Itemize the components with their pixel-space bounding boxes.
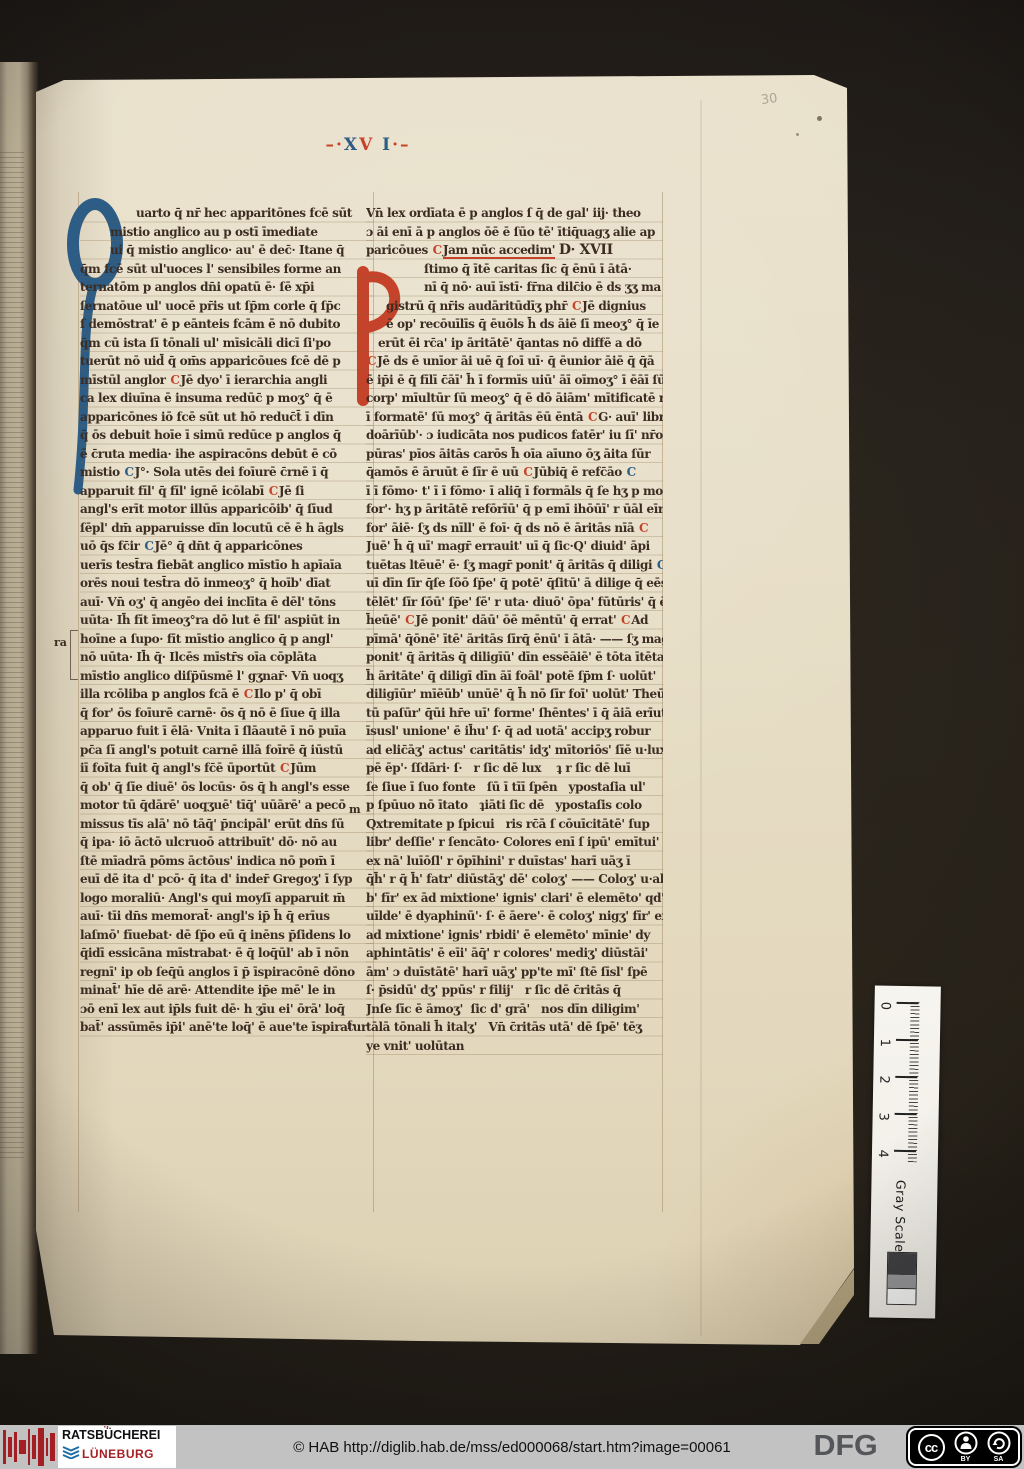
- cc-by-item: BY: [954, 1431, 978, 1463]
- footer-banner: RATSBÜCHEREI ¨ LÜNEBURG © HAB http://dig…: [0, 1425, 1024, 1469]
- cc-icon: cc: [918, 1434, 945, 1461]
- photo-vignette: [0, 0, 1024, 1425]
- cc-sa-item: SA: [987, 1431, 1011, 1463]
- cc-by-sa-badge[interactable]: cc BY SA: [908, 1428, 1020, 1466]
- dfg-logo[interactable]: DFG: [813, 1430, 877, 1463]
- digitized-manuscript-page: –·XV I·– 30 uarto q̄ nr̄ hec apparitōnes…: [0, 0, 1024, 1469]
- person-icon: [954, 1431, 978, 1455]
- share-alike-icon: [987, 1431, 1011, 1455]
